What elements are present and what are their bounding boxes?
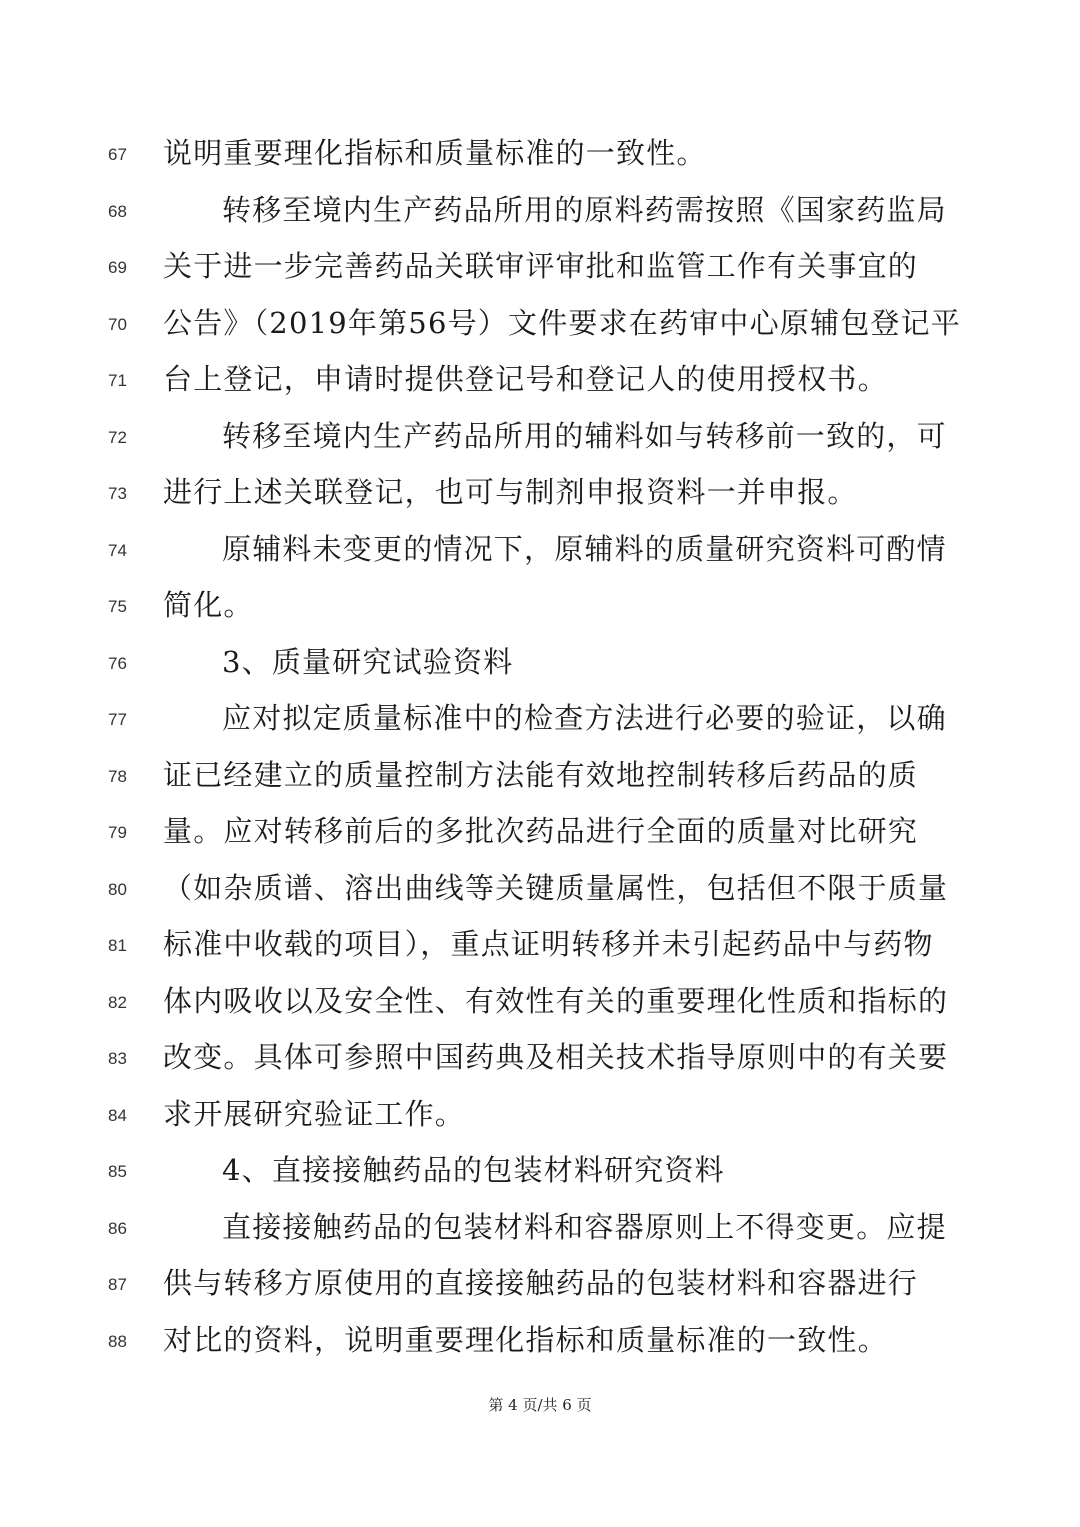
line-text: 关于进一步完善药品关联审评审批和监管工作有关事宜的	[163, 246, 918, 286]
line-number: 73	[108, 484, 138, 504]
line-number: 75	[108, 597, 138, 617]
line-number: 74	[108, 541, 138, 561]
line-number: 83	[108, 1049, 138, 1069]
text-line: 77 应对拟定质量标准中的检查方法进行必要的验证，以确	[0, 698, 1080, 738]
line-text: 简化。	[163, 585, 254, 625]
line-number: 88	[108, 1332, 138, 1352]
section-heading-line: 76 3、质量研究试验资料	[0, 642, 1080, 682]
line-text: 量。应对转移前后的多批次药品进行全面的质量对比研究	[163, 811, 918, 851]
text-line: 81 标准中收载的项目），重点证明转移并未引起药品中与药物	[0, 924, 1080, 964]
line-text: 证已经建立的质量控制方法能有效地控制转移后药品的质	[163, 755, 918, 795]
line-number: 84	[108, 1106, 138, 1126]
line-number: 86	[108, 1219, 138, 1239]
text-line: 78 证已经建立的质量控制方法能有效地控制转移后药品的质	[0, 755, 1080, 795]
line-text: 原辅料未变更的情况下，原辅料的质量研究资料可酌情	[222, 529, 947, 569]
line-number: 80	[108, 880, 138, 900]
text-line: 80 （如杂质谱、溶出曲线等关键质量属性，包括但不限于质量	[0, 868, 1080, 908]
text-line: 79 量。应对转移前后的多批次药品进行全面的质量对比研究	[0, 811, 1080, 851]
document-page: 67 说明重要理化指标和质量标准的一致性。 68 转移至境内生产药品所用的原料药…	[0, 0, 1080, 1527]
line-text: 进行上述关联登记，也可与制剂申报资料一并申报。	[163, 472, 858, 512]
line-number: 87	[108, 1275, 138, 1295]
text-line: 70 公告》（2019年第56号）文件要求在药审中心原辅包登记平	[0, 303, 1080, 343]
text-line: 71 台上登记，申请时提供登记号和登记人的使用授权书。	[0, 359, 1080, 399]
line-text: 应对拟定质量标准中的检查方法进行必要的验证，以确	[222, 698, 947, 738]
line-number: 85	[108, 1162, 138, 1182]
line-text: 改变。具体可参照中国药典及相关技术指导原则中的有关要	[163, 1037, 948, 1077]
line-number: 69	[108, 258, 138, 278]
text-line: 84 求开展研究验证工作。	[0, 1094, 1080, 1134]
line-number: 78	[108, 767, 138, 787]
text-line: 82 体内吸收以及安全性、有效性有关的重要理化性质和指标的	[0, 981, 1080, 1021]
text-line: 72 转移至境内生产药品所用的辅料如与转移前一致的，可	[0, 416, 1080, 456]
line-number: 82	[108, 993, 138, 1013]
text-line: 74 原辅料未变更的情况下，原辅料的质量研究资料可酌情	[0, 529, 1080, 569]
text-line: 68 转移至境内生产药品所用的原料药需按照《国家药监局	[0, 190, 1080, 230]
text-line: 86 直接接触药品的包装材料和容器原则上不得变更。应提	[0, 1207, 1080, 1247]
line-text: 公告》（2019年第56号）文件要求在药审中心原辅包登记平	[163, 303, 961, 343]
text-line: 73 进行上述关联登记，也可与制剂申报资料一并申报。	[0, 472, 1080, 512]
text-line: 67 说明重要理化指标和质量标准的一致性。	[0, 133, 1080, 173]
line-number: 79	[108, 823, 138, 843]
line-number: 68	[108, 202, 138, 222]
line-text: 直接接触药品的包装材料和容器原则上不得变更。应提	[222, 1207, 947, 1247]
line-text: 求开展研究验证工作。	[163, 1094, 465, 1134]
section-heading: 4、直接接触药品的包装材料研究资料	[222, 1150, 725, 1190]
line-number: 71	[108, 371, 138, 391]
page-footer: 第 4 页/共 6 页	[0, 1394, 1080, 1415]
text-line: 75 简化。	[0, 585, 1080, 625]
line-number: 77	[108, 710, 138, 730]
line-text: （如杂质谱、溶出曲线等关键质量属性，包括但不限于质量	[163, 868, 948, 908]
line-number: 72	[108, 428, 138, 448]
line-number: 67	[108, 145, 138, 165]
line-number: 76	[108, 654, 138, 674]
text-line: 83 改变。具体可参照中国药典及相关技术指导原则中的有关要	[0, 1037, 1080, 1077]
line-number: 70	[108, 315, 138, 335]
text-line: 69 关于进一步完善药品关联审评审批和监管工作有关事宜的	[0, 246, 1080, 286]
line-text: 转移至境内生产药品所用的辅料如与转移前一致的，可	[222, 416, 947, 456]
line-number: 81	[108, 936, 138, 956]
line-text: 供与转移方原使用的直接接触药品的包装材料和容器进行	[163, 1263, 918, 1303]
text-line: 87 供与转移方原使用的直接接触药品的包装材料和容器进行	[0, 1263, 1080, 1303]
line-text: 台上登记，申请时提供登记号和登记人的使用授权书。	[163, 359, 888, 399]
line-text: 说明重要理化指标和质量标准的一致性。	[163, 133, 707, 173]
line-text: 标准中收载的项目），重点证明转移并未引起药品中与药物	[163, 924, 934, 964]
text-line: 88 对比的资料，说明重要理化指标和质量标准的一致性。	[0, 1320, 1080, 1360]
line-text: 体内吸收以及安全性、有效性有关的重要理化性质和指标的	[163, 981, 948, 1021]
section-heading: 3、质量研究试验资料	[222, 642, 513, 682]
section-heading-line: 85 4、直接接触药品的包装材料研究资料	[0, 1150, 1080, 1190]
line-text: 转移至境内生产药品所用的原料药需按照《国家药监局	[222, 190, 947, 230]
line-text: 对比的资料，说明重要理化指标和质量标准的一致性。	[163, 1320, 888, 1360]
